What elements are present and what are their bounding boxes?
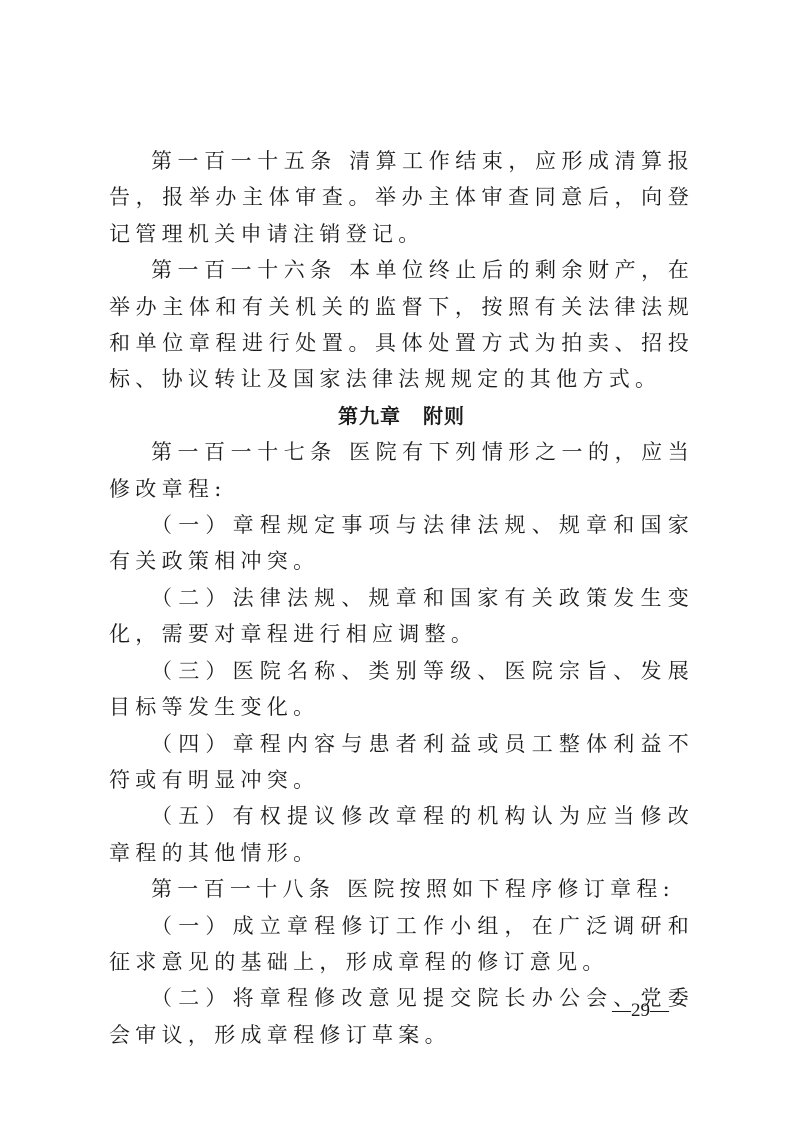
document-page: 第一百一十五条 清算工作结束，应形成清算报告，报举办主体审查。举办主体审查同意后… [109,143,694,1053]
chapter-number: 第九章 [338,404,401,428]
list-item: （一）成立章程修订工作小组，在广泛调研和征求意见的基础上，形成章程的修订意见。 [109,908,694,981]
article-116: 第一百一十六条 本单位终止后的剩余财产，在举办主体和有关机关的监督下，按照有关法… [109,252,694,398]
list-item: （二）法律法规、规章和国家有关政策发生变化，需要对章程进行相应调整。 [109,580,694,653]
article-117: 第一百一十七条 医院有下列情形之一的，应当修改章程: [109,434,694,507]
list-item: （二）将章程修改意见提交院长办公会、党委会审议，形成章程修订草案。 [109,980,694,1053]
article-number: 第一百一十五条 [151,149,337,173]
list-item: （三）医院名称、类别等级、医院宗旨、发展目标等发生变化。 [109,653,694,726]
page-number: —29— [612,1000,669,1022]
article-text: 医院按照如下程序修订章程: [335,877,675,901]
list-item: （四）章程内容与患者利益或员工整体利益不符或有明显冲突。 [109,726,694,799]
article-number: 第一百一十六条 [151,258,337,282]
list-item: （一）章程规定事项与法律法规、规章和国家有关政策相冲突。 [109,507,694,580]
article-115: 第一百一十五条 清算工作结束，应形成清算报告，报举办主体审查。举办主体审查同意后… [109,143,694,252]
list-item: （五）有权提议修改章程的机构认为应当修改章程的其他情形。 [109,798,694,871]
chapter-heading: 第九章附则 [109,398,694,434]
chapter-title: 附则 [423,404,465,428]
article-number: 第一百一十八条 [151,877,335,901]
article-number: 第一百一十七条 [151,440,337,464]
article-118: 第一百一十八条 医院按照如下程序修订章程: [109,871,694,907]
